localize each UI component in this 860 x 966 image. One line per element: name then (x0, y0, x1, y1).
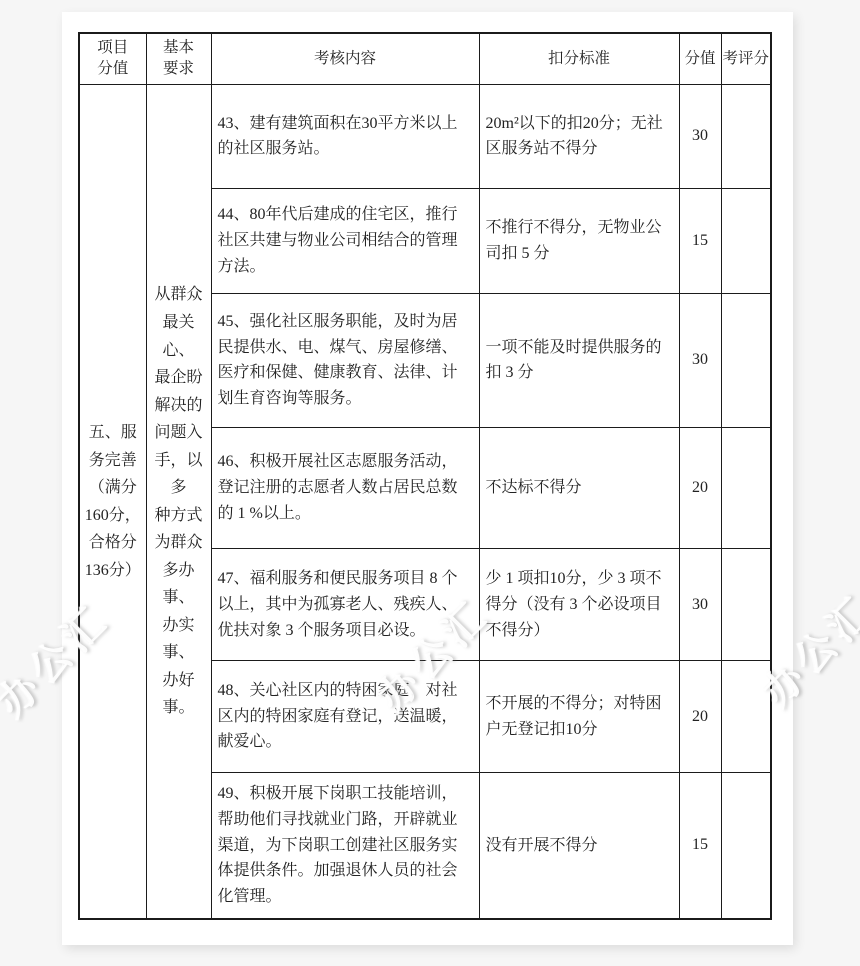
header-score: 分值 (679, 33, 721, 85)
score-cell: 15 (679, 188, 721, 293)
evaluation-score-cell (721, 661, 771, 772)
deduction-standard-cell: 不达标不得分 (479, 427, 679, 548)
assessment-table: 项目 分值 基本 要求 考核内容 扣分标准 分值 考评分 五、服 务完善 （满分… (78, 32, 772, 920)
header-evaluation-score: 考评分 (721, 33, 771, 85)
basic-requirement-cell: 从群众 最关心、 最企盼 解决的 问题入 手，以多 种方式 为群众 多办事、 办… (146, 85, 211, 919)
assessment-content-cell: 46、积极开展社区志愿服务活动，登记注册的志愿者人数占居民总数的 1 %以上。 (211, 427, 479, 548)
deduction-standard-cell: 一项不能及时提供服务的扣 3 分 (479, 294, 679, 428)
score-cell: 30 (679, 549, 721, 661)
evaluation-score-cell (721, 427, 771, 548)
project-title-cell: 五、服 务完善 （满分 160分， 合格分 136分） (79, 85, 146, 919)
document-viewer: 项目 分值 基本 要求 考核内容 扣分标准 分值 考评分 五、服 务完善 （满分… (0, 0, 860, 966)
assessment-content-cell: 47、福利服务和便民服务项目 8 个以上，其中为孤寡老人、残疾人、优扶对象 3 … (211, 549, 479, 661)
deduction-standard-cell: 20m²以下的扣20分；无社区服务站不得分 (479, 85, 679, 188)
assessment-content-cell: 48、关心社区内的特困家庭，对社区内的特困家庭有登记，送温暖，献爱心。 (211, 661, 479, 772)
evaluation-score-cell (721, 188, 771, 293)
evaluation-score-cell (721, 294, 771, 428)
evaluation-score-cell (721, 549, 771, 661)
table-row: 五、服 务完善 （满分 160分， 合格分 136分） 从群众 最关心、 最企盼… (79, 85, 771, 188)
score-cell: 30 (679, 85, 721, 188)
assessment-content-cell: 49、积极开展下岗职工技能培训，帮助他们寻找就业门路，开辟就业渠道，为下岗职工创… (211, 772, 479, 919)
score-cell: 30 (679, 294, 721, 428)
assessment-content-cell: 43、建有建筑面积在30平方米以上的社区服务站。 (211, 85, 479, 188)
deduction-standard-cell: 没有开展不得分 (479, 772, 679, 919)
document-page: 项目 分值 基本 要求 考核内容 扣分标准 分值 考评分 五、服 务完善 （满分… (62, 12, 793, 945)
header-assessment-content: 考核内容 (211, 33, 479, 85)
evaluation-score-cell (721, 772, 771, 919)
score-cell: 20 (679, 661, 721, 772)
assessment-content-cell: 45、强化社区服务职能，及时为居民提供水、电、煤气、房屋修缮、医疗和保健、健康教… (211, 294, 479, 428)
deduction-standard-cell: 不开展的不得分；对特困户无登记扣10分 (479, 661, 679, 772)
header-project-score: 项目 分值 (79, 33, 146, 85)
header-deduction-standard: 扣分标准 (479, 33, 679, 85)
score-cell: 20 (679, 427, 721, 548)
deduction-standard-cell: 不推行不得分，无物业公司扣 5 分 (479, 188, 679, 293)
table-header-row: 项目 分值 基本 要求 考核内容 扣分标准 分值 考评分 (79, 33, 771, 85)
header-basic-requirement: 基本 要求 (146, 33, 211, 85)
evaluation-score-cell (721, 85, 771, 188)
deduction-standard-cell: 少 1 项扣10分，少 3 项不得分（没有 3 个必设项目不得分） (479, 549, 679, 661)
score-cell: 15 (679, 772, 721, 919)
assessment-content-cell: 44、80年代后建成的住宅区，推行社区共建与物业公司相结合的管理方法。 (211, 188, 479, 293)
